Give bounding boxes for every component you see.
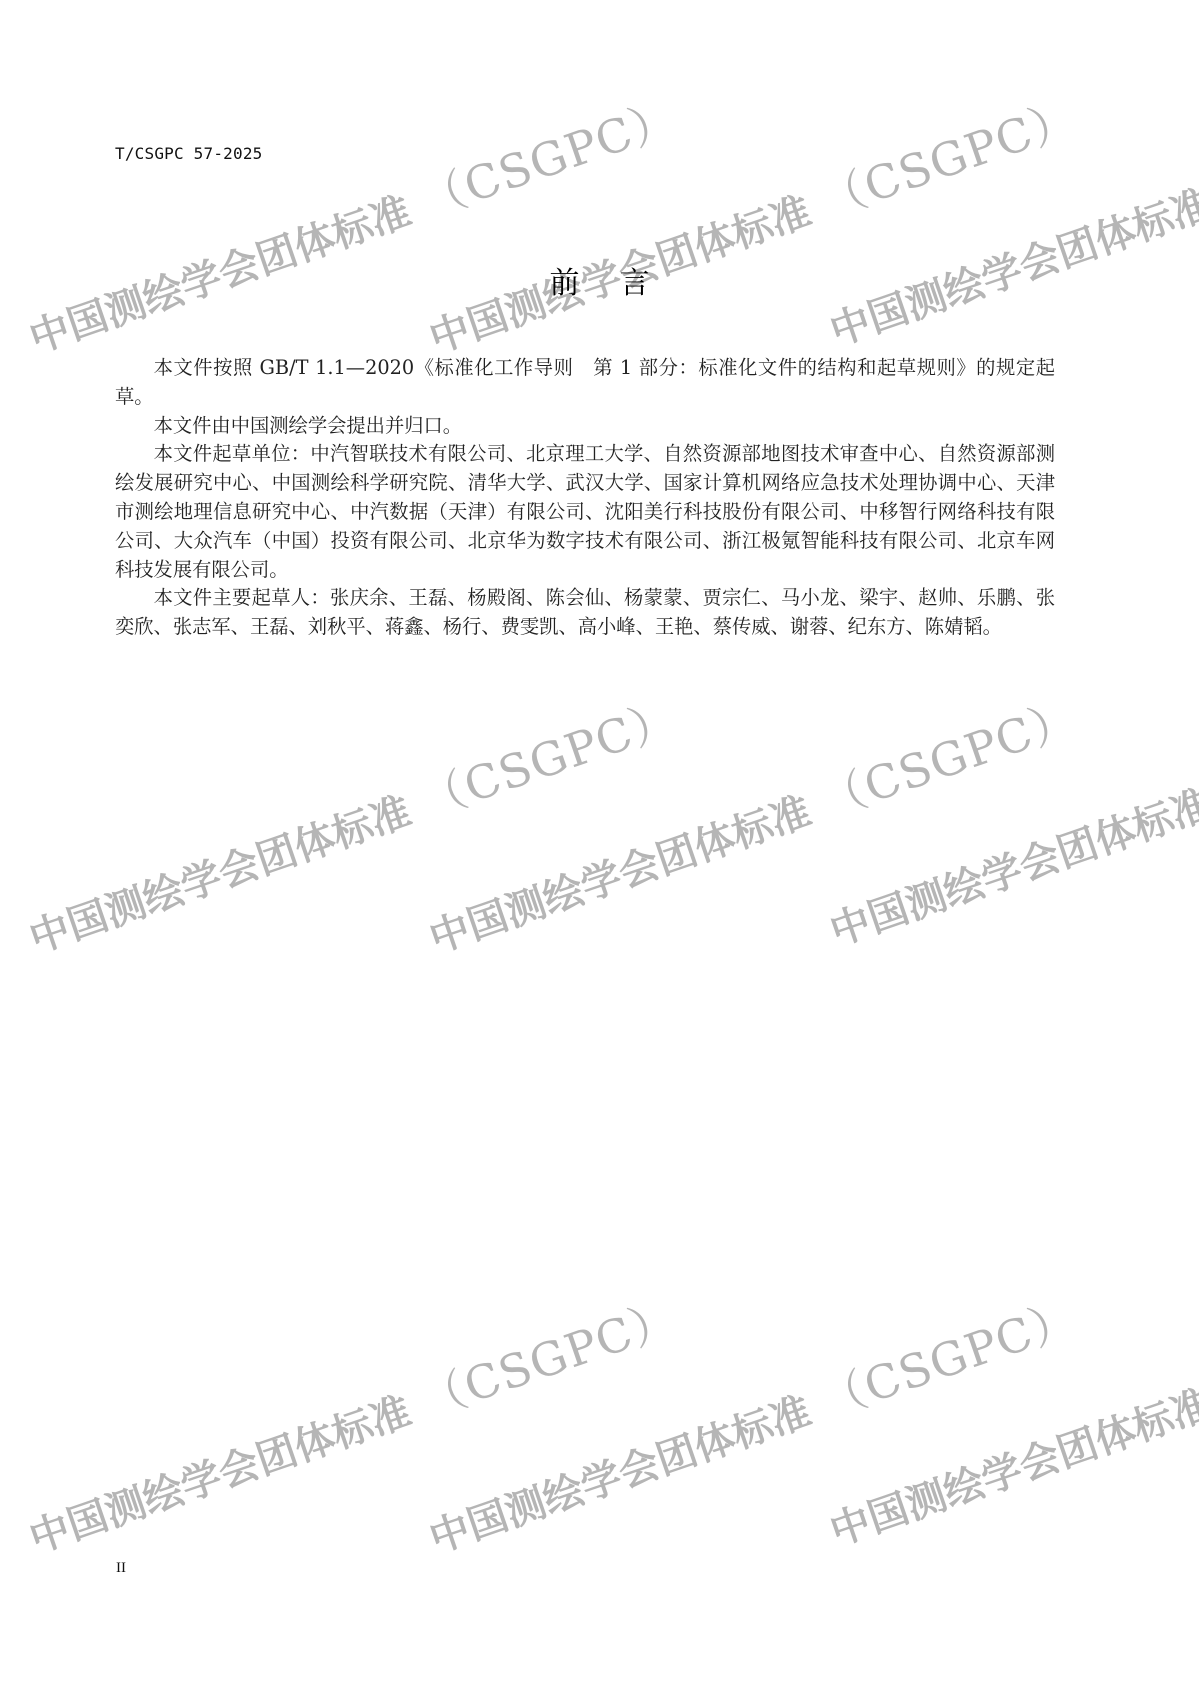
watermark: 中国测绘学会团体标准 （CSGPC） bbox=[419, 1281, 1086, 1566]
watermark: 中国测绘学会团体标准 bbox=[821, 1373, 1199, 1557]
watermark: 中国测绘学会团体标准 （CSGPC） bbox=[19, 681, 686, 966]
page-title: 前言 bbox=[0, 258, 1199, 302]
watermark: 中国测绘学会团体标准 （CSGPC） bbox=[419, 81, 1086, 366]
foreword-body: 本文件按照 GB/T 1.1—2020《标准化工作导则 第 1 部分：标准化文件… bbox=[115, 354, 1055, 642]
paragraph-drafting-rules: 本文件按照 GB/T 1.1—2020《标准化工作导则 第 1 部分：标准化文件… bbox=[115, 354, 1055, 412]
paragraph-drafters: 本文件主要起草人：张庆余、王磊、杨殿阁、陈会仙、杨蒙蒙、贾宗仁、马小龙、梁宇、赵… bbox=[115, 584, 1055, 642]
document-page: 中国测绘学会团体标准 （CSGPC） 中国测绘学会团体标准 （CSGPC） 中国… bbox=[0, 0, 1199, 1696]
page-number: II bbox=[116, 1560, 126, 1577]
watermark: 中国测绘学会团体标准 （CSGPC） bbox=[19, 1281, 686, 1566]
paragraph-drafting-units: 本文件起草单位：中汽智联技术有限公司、北京理工大学、自然资源部地图技术审查中心、… bbox=[115, 440, 1055, 584]
watermark: 中国测绘学会团体标准 bbox=[821, 773, 1199, 957]
paragraph-proposer: 本文件由中国测绘学会提出并归口。 bbox=[115, 412, 1055, 441]
document-code: T/CSGPC 57-2025 bbox=[115, 144, 263, 163]
watermark: 中国测绘学会团体标准 （CSGPC） bbox=[419, 681, 1086, 966]
watermark: 中国测绘学会团体标准 （CSGPC） bbox=[19, 81, 686, 366]
